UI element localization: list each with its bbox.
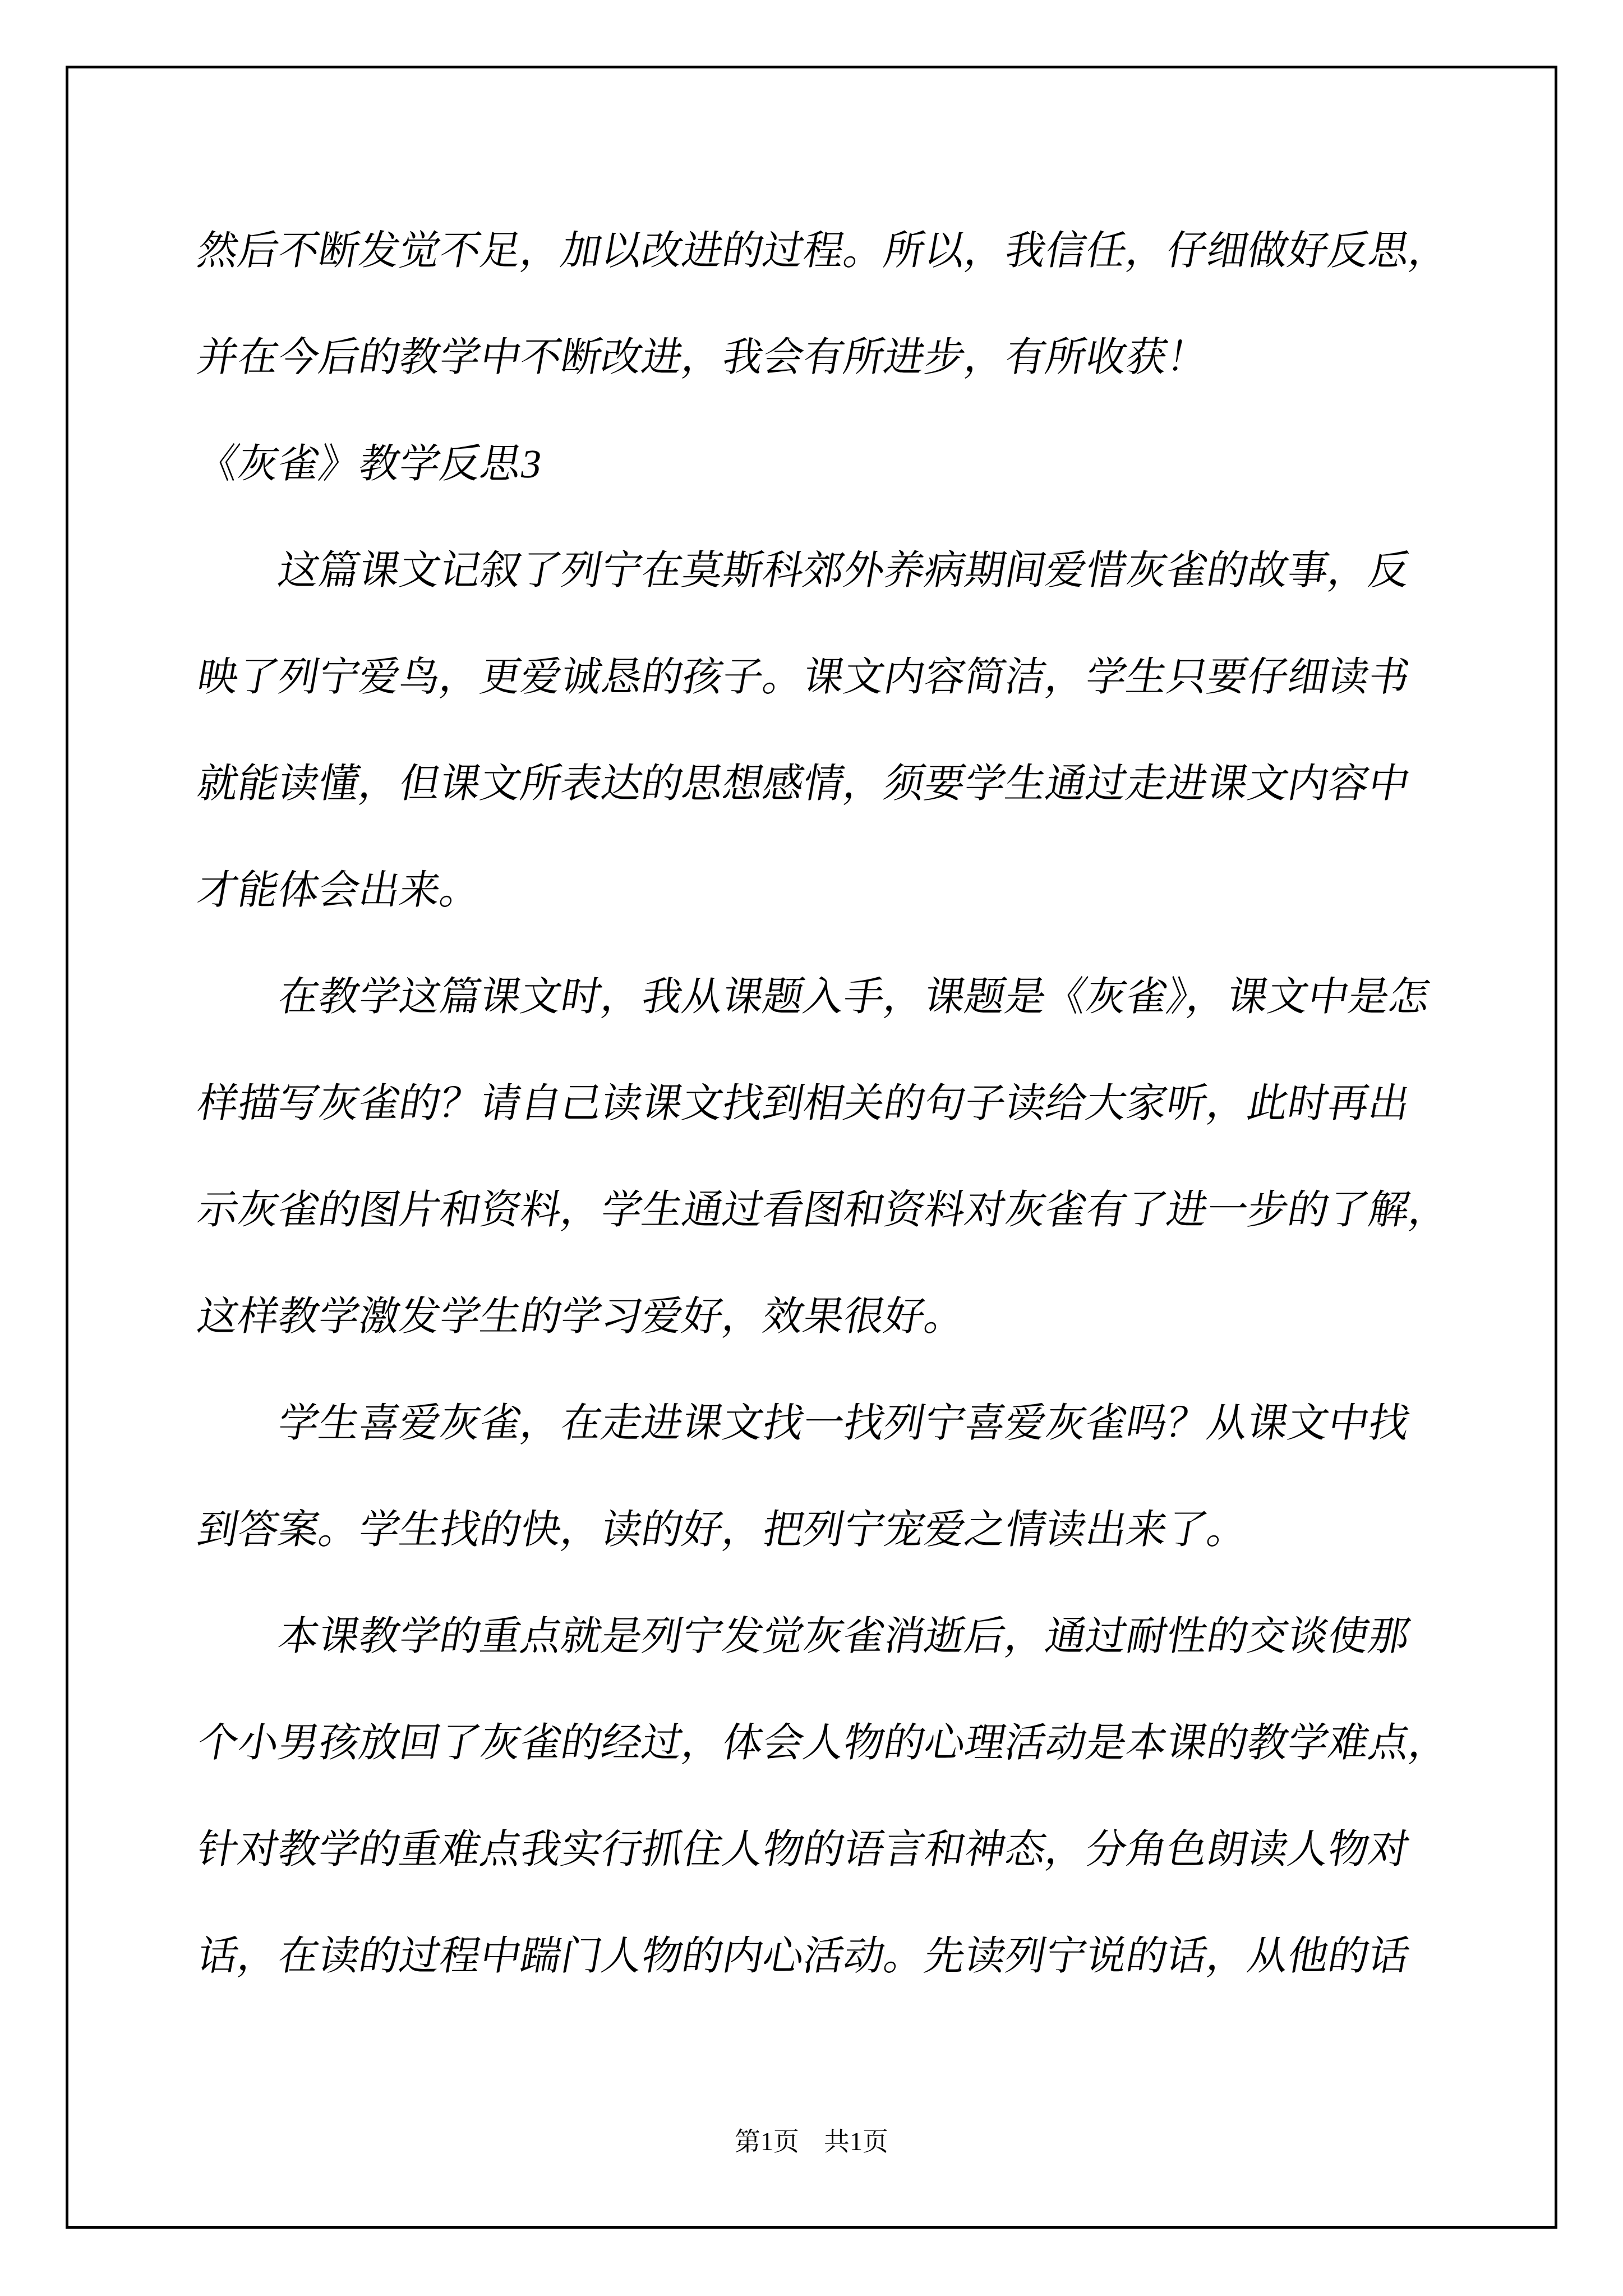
text-line: 话，在读的过程中踹门人物的内心活动。先读列宁说的话，从他的话 — [189, 1903, 1487, 2009]
page-number-label: 第1页 — [735, 2127, 799, 2156]
document-page: 然后不断发觉不足，加以改进的过程。所以，我信任，仔细做好反思，并在今后的教学中不… — [0, 0, 1623, 2296]
text-line: 到答案。学生找的快，读的好，把列宁宠爱之情读出来了。 — [189, 1476, 1487, 1583]
text-line: 《灰雀》教学反思3 — [189, 411, 1487, 517]
text-line: 示灰雀的图片和资料，学生通过看图和资料对灰雀有了进一步的了解， — [189, 1157, 1487, 1263]
text-line: 学生喜爱灰雀，在走进课文找一找列宁喜爱灰雀吗？从课文中找 — [189, 1370, 1487, 1476]
page-total-label: 共1页 — [824, 2127, 888, 2156]
text-line: 并在今后的教学中不断改进，我会有所进步，有所收获！ — [189, 304, 1487, 411]
text-line: 针对教学的重难点我实行抓住人物的语言和神态，分角色朗读人物对 — [189, 1796, 1487, 1903]
text-line: 本课教学的重点就是列宁发觉灰雀消逝后，通过耐性的交谈使那 — [189, 1583, 1487, 1690]
text-line: 这样教学激发学生的学习爱好，效果很好。 — [189, 1263, 1487, 1370]
text-line: 才能体会出来。 — [189, 837, 1487, 944]
text-line: 就能读懂，但课文所表达的思想感情，须要学生通过走进课文内容中 — [189, 730, 1487, 837]
text-lines: 然后不断发觉不足，加以改进的过程。所以，我信任，仔细做好反思，并在今后的教学中不… — [196, 197, 1475, 2009]
text-line: 个小男孩放回了灰雀的经过，体会人物的心理活动是本课的教学难点， — [189, 1690, 1487, 1796]
text-line: 映了列宁爱鸟，更爱诚恳的孩子。课文内容简洁，学生只要仔细读书 — [189, 624, 1487, 730]
page-footer: 第1页共1页 — [0, 2125, 1623, 2159]
text-line: 然后不断发觉不足，加以改进的过程。所以，我信任，仔细做好反思， — [189, 197, 1487, 304]
text-line: 在教学这篇课文时，我从课题入手，课题是《灰雀》，课文中是怎 — [189, 944, 1487, 1050]
text-line: 样描写灰雀的？请自己读课文找到相关的句子读给大家听，此时再出 — [189, 1050, 1487, 1157]
text-line: 这篇课文记叙了列宁在莫斯科郊外养病期间爱惜灰雀的故事，反 — [189, 517, 1487, 624]
